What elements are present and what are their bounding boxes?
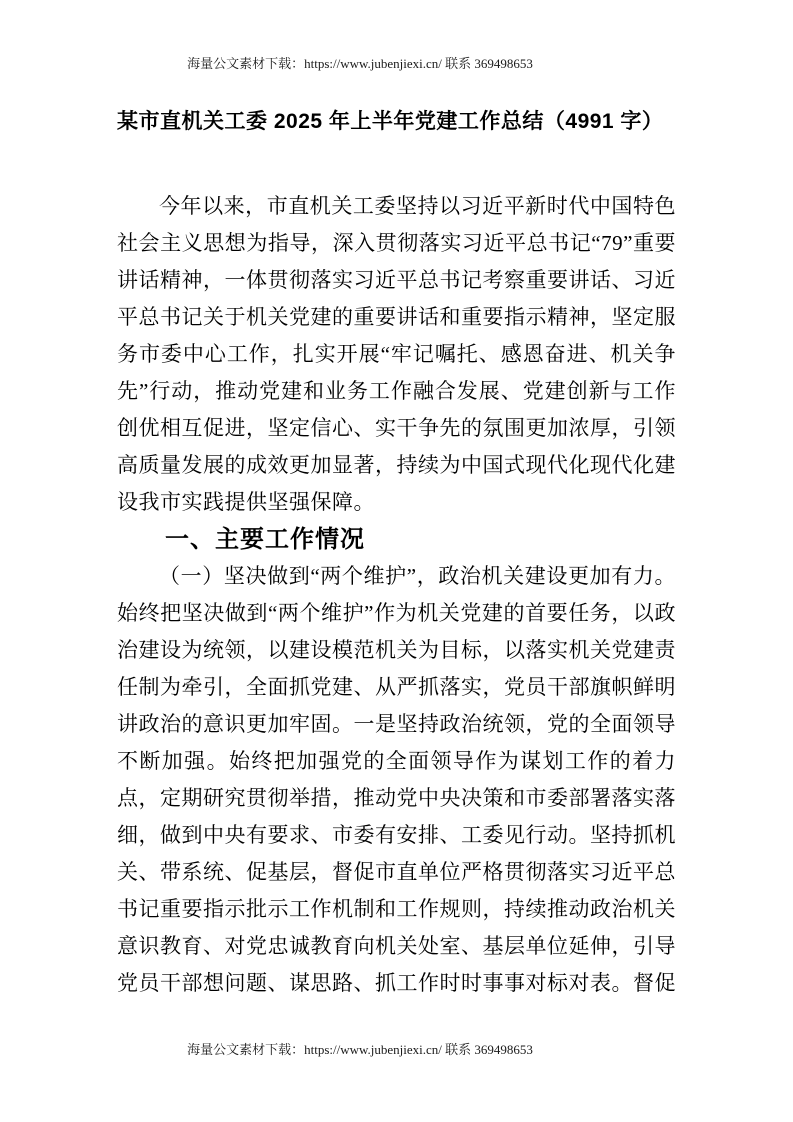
intro-paragraph: 今年以来，市直机关工委坚持以习近平新时代中国特色社会主义思想为指导，深入贯彻落实… (117, 188, 676, 521)
document-body: 某市直机关工委 2025 年上半年党建工作总结（4991 字） 今年以来，市直机… (117, 104, 676, 1009)
section-1-heading: 一、主要工作情况 (117, 521, 676, 558)
document-title: 某市直机关工委 2025 年上半年党建工作总结（4991 字） (117, 104, 676, 140)
footer-note: 海量公文素材下载：https://www.jubenjiexi.cn/ 联系 3… (0, 1042, 720, 1058)
section-1-paragraph: （一）坚决做到“两个维护”，政治机关建设更加有力。始终把坚决做到“两个维护”作为… (117, 558, 676, 1002)
header-note: 海量公文素材下载：https://www.jubenjiexi.cn/ 联系 3… (0, 56, 720, 72)
document-page: 海量公文素材下载：https://www.jubenjiexi.cn/ 联系 3… (0, 0, 793, 1122)
